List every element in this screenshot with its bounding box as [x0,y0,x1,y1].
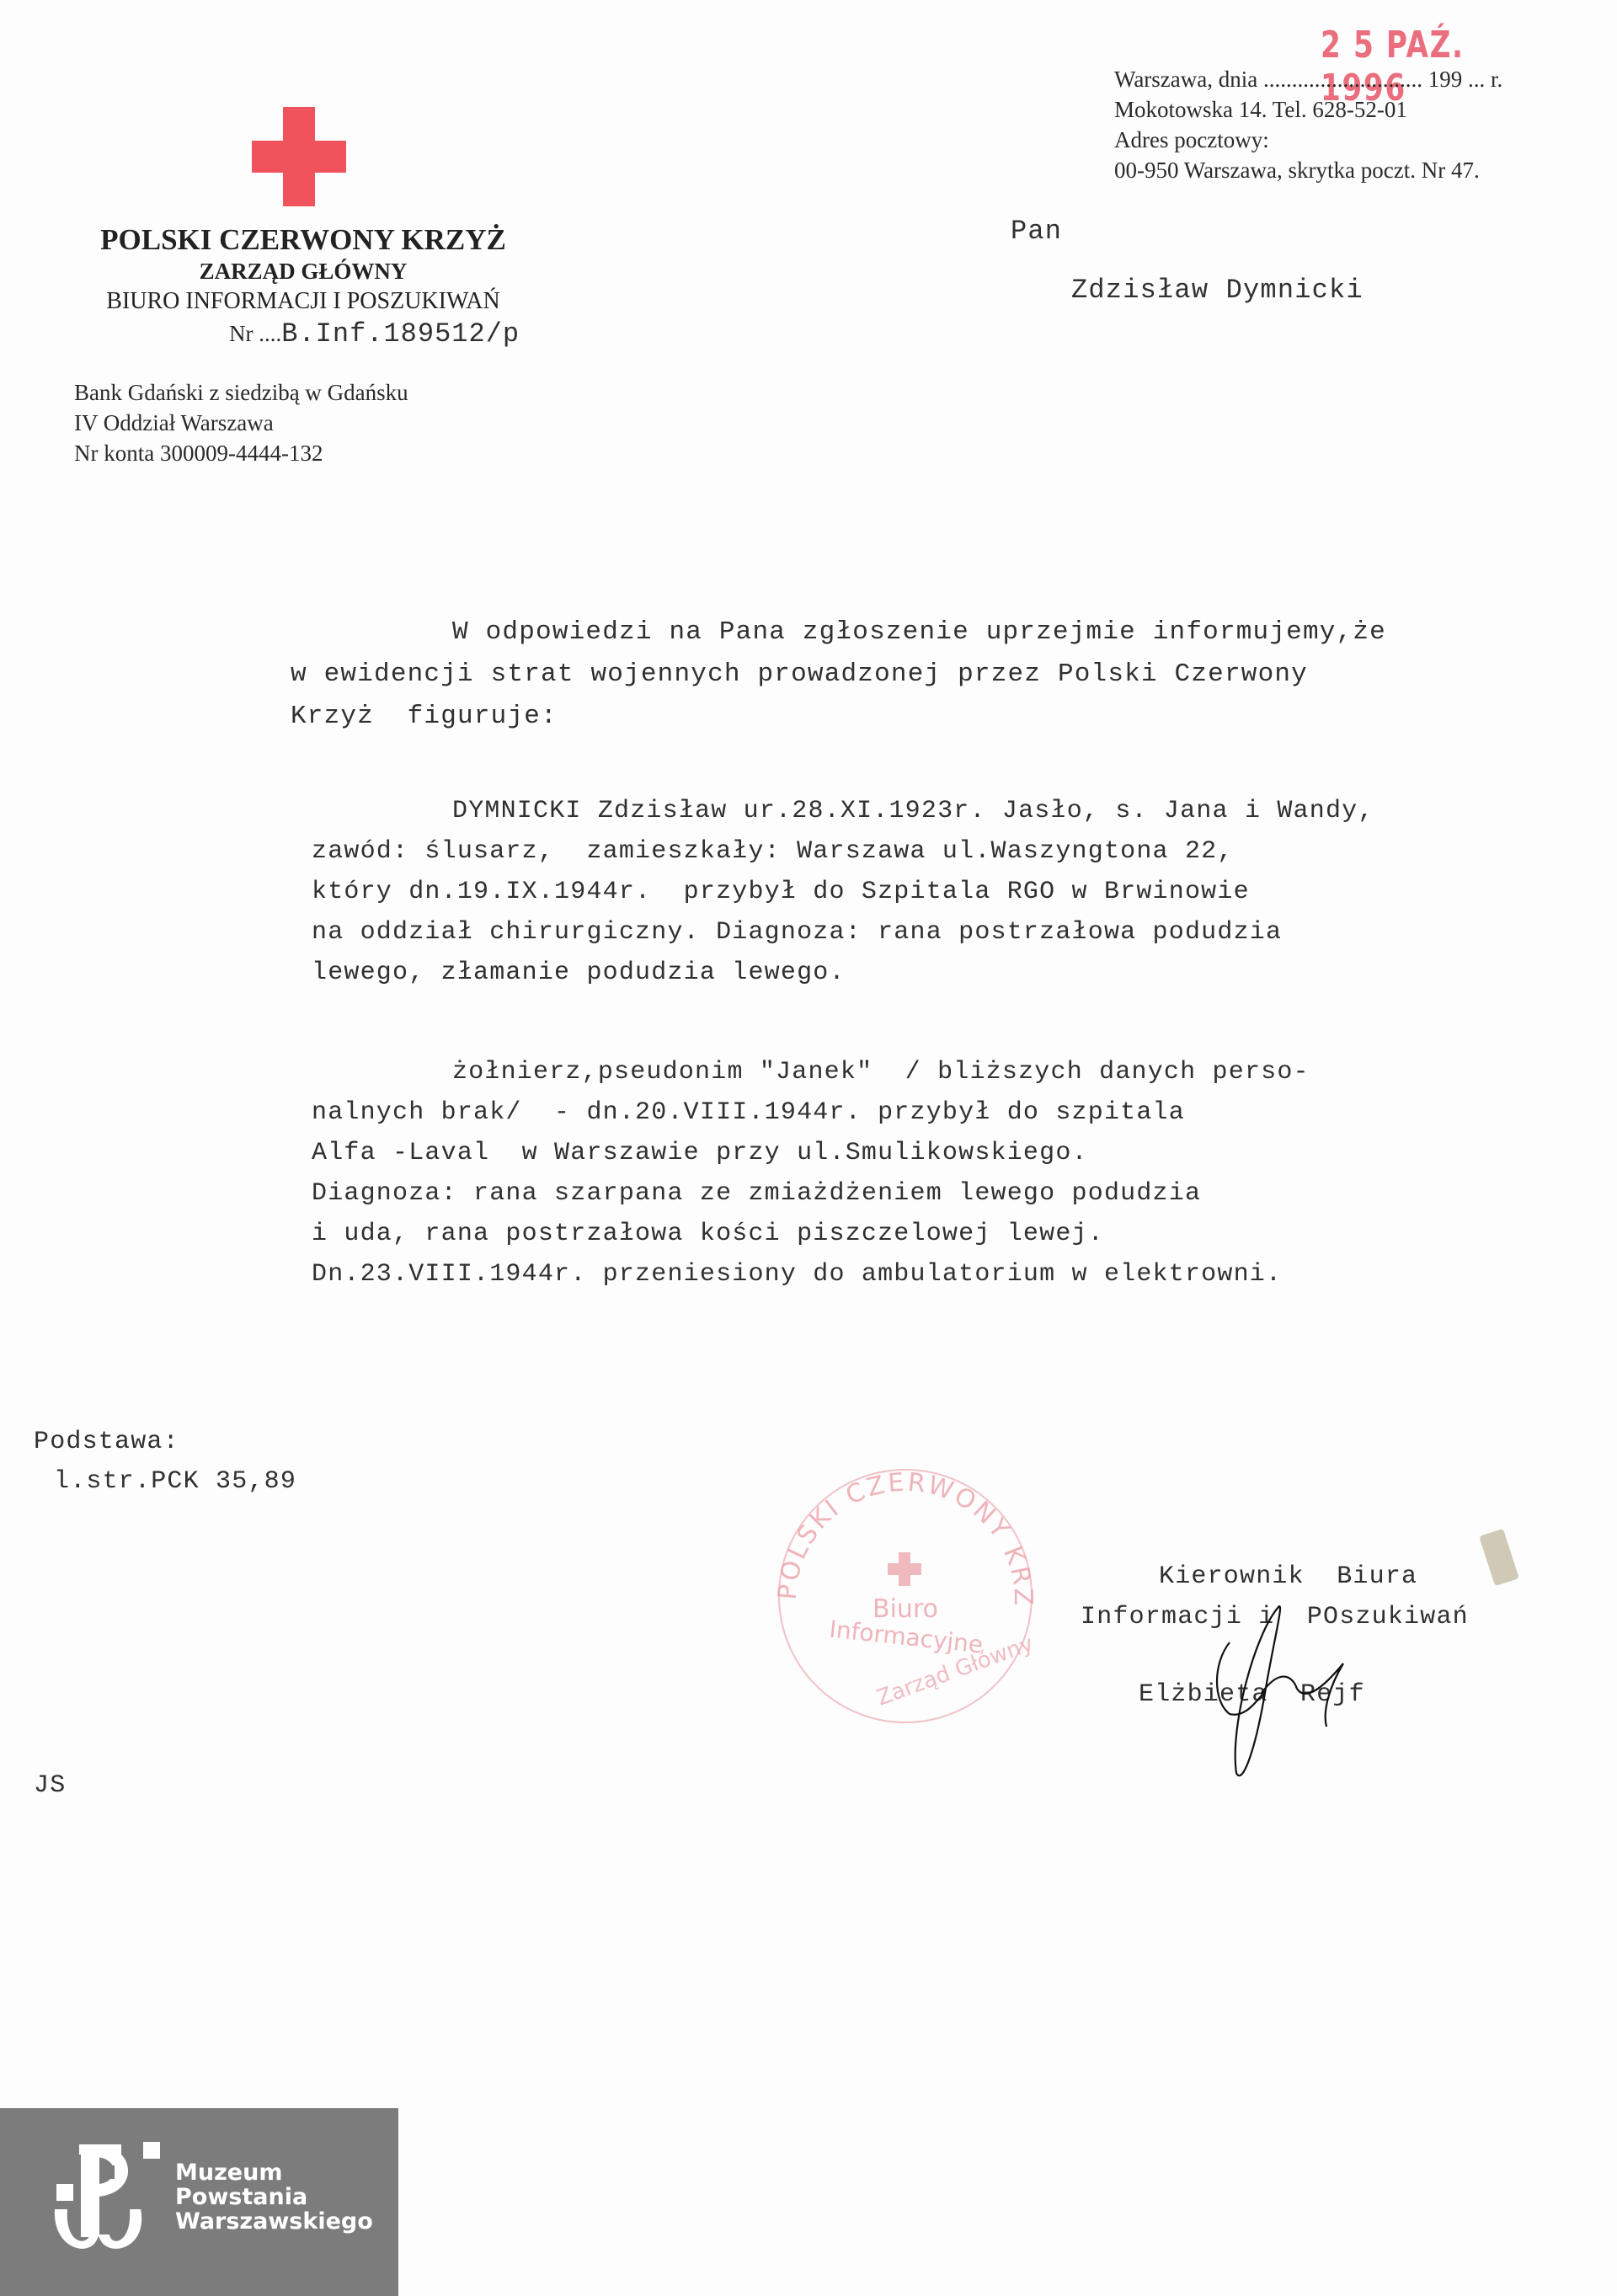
museum-name-line-3: Warszawskiego [175,2209,373,2234]
entry2-line-3: Alfa -Laval w Warszawie przy ul.Smulikow… [312,1139,1088,1167]
basis-value: l.str.PCK 35,89 [54,1467,296,1496]
entry2-line-4: Diagnoza: rana szarpana ze zmiażdżeniem … [312,1179,1201,1208]
bank-account: Nr konta 300009-4444-132 [74,438,408,468]
intro-line-3: Krzyż figuruje: [291,702,558,731]
basis-label: Podstawa: [34,1428,179,1456]
po-box: 00-950 Warszawa, skrytka poczt. Nr 47. [1114,155,1502,185]
museum-logo-badge: Muzeum Powstania Warszawskiego [0,2108,398,2296]
reference-value: B.Inf.189512/p [281,318,520,350]
bureau-name: BIURO INFORMACJI I POSZUKIWAŃ [0,288,606,315]
entry2-line-1: żołnierz,pseudonim "Janek" / bliższych d… [452,1058,1310,1087]
recipient-name: Zdzisław Dymnicki [1071,275,1364,306]
office-seal-stamp: POLSKI CZERWONY KRZYŻ Biuro Informacyjne… [754,1453,1057,1731]
reference-number: Nr ....B.Inf.189512/p [229,318,520,350]
board-name: ZARZĄD GŁÓWNY [0,259,606,285]
entry1-line-1: DYMNICKI Zdzisław ur.28.XI.1923r. Jasło,… [452,797,1374,825]
address-block: Warszawa, dnia .........................… [1114,64,1502,185]
entry1-line-5: lewego, złamanie podudzia lewego. [312,958,846,987]
seal-line-1: Biuro [873,1594,938,1624]
street-phone: Mokotowska 14. Tel. 628-52-01 [1114,94,1502,125]
museum-name: Muzeum Powstania Warszawskiego [175,2160,373,2234]
typist-initials: JS [34,1771,66,1800]
recipient-salutation: Pan [1011,216,1062,247]
entry2-line-6: Dn.23.VIII.1944r. przeniesiony do ambula… [312,1260,1282,1289]
red-cross-icon [252,107,346,206]
entry1-line-2: zawód: ślusarz, zamieszkały: Warszawa ul… [312,837,1234,866]
reference-label: Nr .... [229,321,281,346]
kotwica-anchor-icon [52,2142,162,2260]
museum-name-line-1: Muzeum [175,2160,373,2185]
tape-mark [1479,1529,1519,1586]
entry2-line-5: i uda, rana postrzałowa kości piszczelow… [312,1220,1104,1248]
intro-line-2: w ewidencji strat wojennych prowadzonej … [291,659,1308,689]
museum-name-line-2: Powstania [175,2185,373,2209]
organization-name: POLSKI CZERWONY KRZYŻ [0,223,606,257]
bank-branch: IV Oddział Warszawa [74,408,408,438]
entry1-line-3: który dn.19.IX.1944r. przybył do Szpital… [312,878,1250,906]
postal-address-label: Adres pocztowy: [1114,125,1502,155]
bank-name: Bank Gdański z siedzibą w Gdańsku [74,377,408,408]
svg-text:POLSKI CZERWONY KRZYŻ: POLSKI CZERWONY KRZYŻ [754,1453,1038,1608]
bank-details: Bank Gdański z siedzibą w Gdańsku IV Odd… [74,377,408,468]
handwritten-signature [1196,1583,1398,1786]
entry1-line-4: na oddział chirurgiczny. Diagnoza: rana … [312,918,1282,947]
date-line: Warszawa, dnia .........................… [1114,64,1502,94]
entry2-line-2: nalnych brak/ - dn.20.VIII.1944r. przyby… [312,1098,1185,1127]
intro-line-1: W odpowiedzi na Pana zgłoszenie uprzejmi… [452,617,1386,647]
